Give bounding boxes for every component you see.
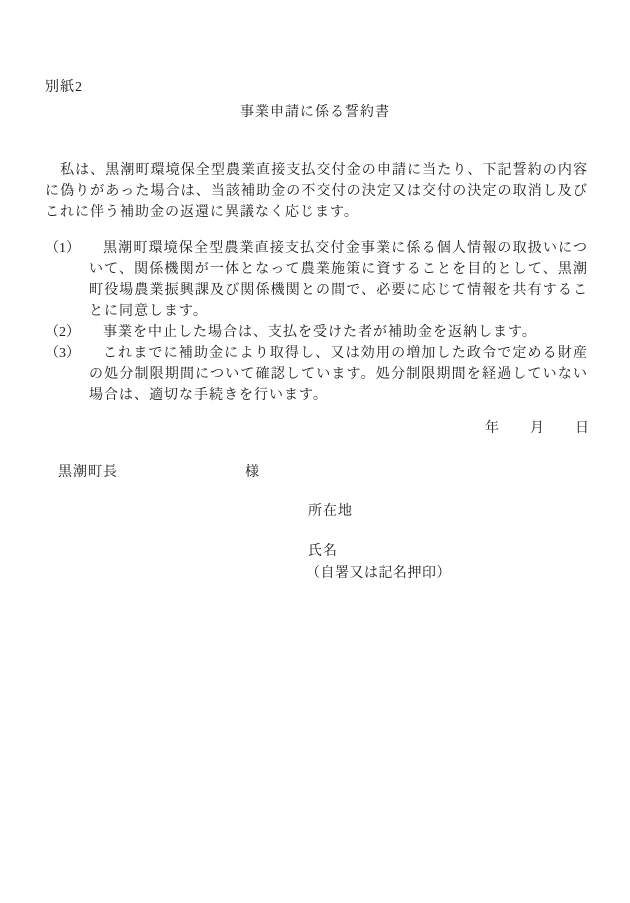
pledge-item-1-number: （1） (45, 238, 80, 259)
date-line: 年 月 日 (485, 417, 589, 437)
pledge-item-1-text: 黒潮町環境保全型農業直接支払交付金事業に係る個人情報の取扱いについて、関係機関が… (89, 241, 588, 319)
pledge-item-2-number: （2） (45, 322, 80, 343)
signature-address-label: 所在地 (308, 500, 353, 520)
addressee-honorific: 様 (245, 461, 259, 481)
pledge-item-2-text: 事業を中止した場合は、支払を受けた者が補助金を返納します。 (103, 325, 537, 340)
pledge-item-1: （1） 黒潮町環境保全型農業直接支払交付金事業に係る個人情報の取扱いについて、関… (45, 238, 588, 322)
pledge-item-2: （2） 事業を中止した場合は、支払を受けた者が補助金を返納します。 (45, 322, 588, 343)
signature-name-label: 氏名 (308, 540, 338, 560)
intro-paragraph: 私は、黒潮町環境保全型農業直接支払交付金の申請に当たり、下記誓約の内容に偽りがあ… (45, 160, 588, 223)
pledge-item-list: （1） 黒潮町環境保全型農業直接支払交付金事業に係る個人情報の取扱いについて、関… (45, 238, 588, 406)
document-page: 別紙2 事業申請に係る誓約書 私は、黒潮町環境保全型農業直接支払交付金の申請に当… (0, 0, 630, 903)
addressee-title: 黒潮町長 (58, 461, 118, 481)
attachment-label: 別紙2 (45, 76, 83, 96)
pledge-item-3: （3） これまでに補助金により取得し、又は効用の増加した政令で定める財産の処分制… (45, 343, 588, 406)
date-month-label: 月 (530, 417, 544, 437)
date-day-label: 日 (575, 417, 589, 437)
pledge-item-3-text: これまでに補助金により取得し、又は効用の増加した政令で定める財産の処分制限期間に… (89, 346, 588, 403)
document-title: 事業申請に係る誓約書 (0, 101, 630, 121)
addressee-line: 黒潮町長 様 (0, 461, 630, 482)
signature-note: （自署又は記名押印） (306, 562, 451, 582)
date-year-label: 年 (485, 417, 499, 437)
pledge-item-3-number: （3） (45, 343, 80, 364)
